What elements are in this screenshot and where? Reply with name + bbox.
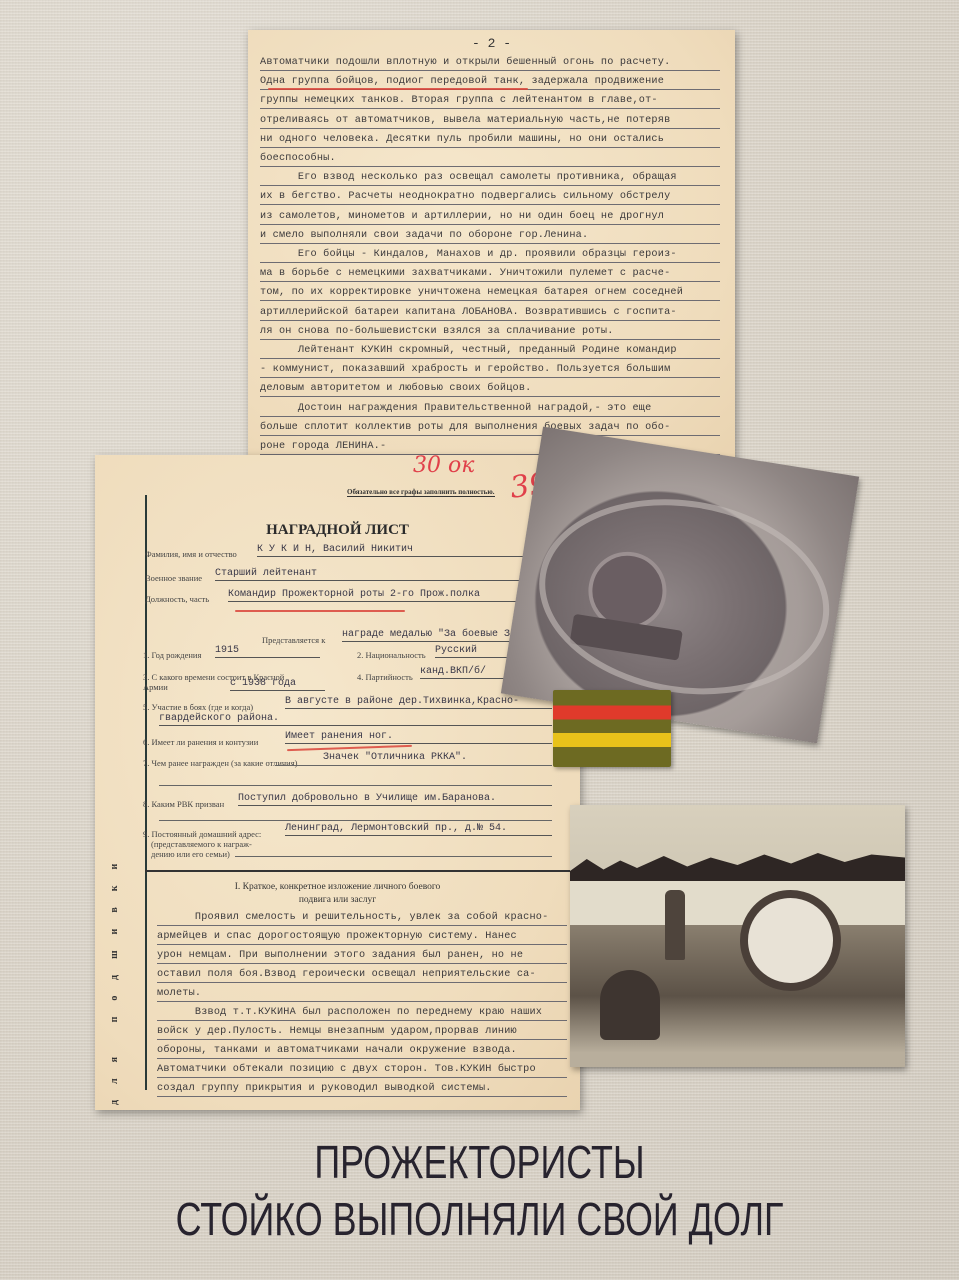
- page2-line: отреливаясь от автоматчиков, вывела мате…: [260, 114, 720, 129]
- instruction-text: Обязательно все графы заполнить полность…: [347, 488, 495, 497]
- searchlight-winter-photo: [570, 805, 905, 1067]
- address-value: Ленинград, Лермонтовский пр., д.№ 54.: [285, 822, 552, 836]
- page2-line: из самолетов, минометов и артиллерии, но…: [260, 210, 720, 225]
- handwritten-note: 30 ок: [413, 453, 474, 478]
- section-subtitle: подвига или заслуг: [95, 895, 580, 905]
- page2-line: деловым авторитетом и любовью своих бойц…: [260, 382, 720, 397]
- page2-line: Автоматчики подошли вплотную и открыли б…: [260, 56, 720, 71]
- narrative-line: урон немцам. При выполнении этого задани…: [157, 949, 567, 964]
- narrative-line: обороны, танками и автоматчиками начали …: [157, 1044, 567, 1059]
- red-underline: [235, 610, 405, 612]
- award-sheet: 30 ок 391 Обязательно все графы заполнит…: [95, 455, 580, 1110]
- soldier-kneeling: [600, 970, 660, 1040]
- position-value: Командир Прожекторной роты 2-го Прож.пол…: [228, 588, 552, 602]
- battles-label: 5. Участие в боях (где и когда): [143, 702, 253, 712]
- position-label: Должность, часть: [145, 594, 209, 604]
- narrative-line: Взвод т.т.КУКИНА был расположен по перед…: [157, 1006, 567, 1021]
- page2-line: группы немецких танков. Вторая группа с …: [260, 94, 720, 109]
- rank-label: Военное звание: [145, 573, 202, 583]
- full-name-label: Фамилия, имя и отчество: [145, 549, 237, 559]
- page2-line: и смело выполняли свои задачи по обороне…: [260, 229, 720, 244]
- narrative-line: армейцев и спас дорогостоящую прожекторн…: [157, 930, 567, 945]
- page2-line: ма в борьбе с немецкими захватчиками. Ун…: [260, 267, 720, 282]
- page2-line: их в бегство. Расчеты неоднократно подве…: [260, 190, 720, 205]
- wounds-label: 6. Имеет ли ранения и контузии: [143, 737, 258, 747]
- narrative-line: Автоматчики обтекали позицию с двух стор…: [157, 1063, 567, 1078]
- address-label-3: дению или его семьи): [151, 849, 230, 859]
- page2-line: Его взвод несколько раз освещал самолеты…: [260, 171, 720, 186]
- service-since-value: с 1938 года: [230, 677, 325, 691]
- page2-line: ля он снова по-большевистски взялся за с…: [260, 325, 720, 340]
- narrative-line: войск у дер.Пулость. Немцы внезапным уда…: [157, 1025, 567, 1040]
- page2-line: Достоин награждения Правительственной на…: [260, 402, 720, 417]
- narrative-line: Проявил смелость и решительность, увлек …: [157, 911, 567, 926]
- wound-stripes-ribbon: [553, 690, 671, 767]
- prior-awards-value: Значек "Отличника РККА".: [323, 751, 552, 764]
- address-label-2: (представляемого к награж-: [151, 839, 252, 849]
- red-underline: [268, 88, 528, 90]
- rank-value: Старший лейтенант: [215, 567, 552, 581]
- page2-line: Лейтенант КУКИН скромный, честный, преда…: [260, 344, 720, 359]
- page2-line: Его бойцы - Киндалов, Манахов и др. проя…: [260, 248, 720, 263]
- party-label: 4. Партийность: [357, 672, 413, 682]
- soldier-standing: [665, 890, 685, 960]
- draft-office-value: Поступил добровольно в Училище им.Барано…: [238, 792, 552, 806]
- battles-value: В августе в районе дер.Тихвинка,Красно-: [285, 695, 552, 709]
- document-page-2: - 2 - Автоматчики подошли вплотную и отк…: [248, 30, 735, 465]
- page2-line: боеспособны.: [260, 152, 720, 167]
- birth-year-value: 1915: [215, 644, 320, 658]
- page2-line: больше сплотит коллектив роты для выполн…: [260, 421, 720, 436]
- page2-line: - коммунист, показавший храбрость и геро…: [260, 363, 720, 378]
- headline-line-1: ПРОЖЕКТОРИСТЫ: [105, 1135, 853, 1189]
- battles-value-2: гвардейского района.: [159, 712, 552, 726]
- address-label: 9. Постоянный домашний адрес:: [143, 829, 261, 839]
- page2-line: артиллерийской батареи капитана ЛОБАНОВА…: [260, 306, 720, 321]
- nationality-label: 2. Национальность: [357, 650, 426, 660]
- prior-awards-label: 7. Чем ранее награжден (за какие отличия…: [143, 758, 297, 768]
- margin-line: [145, 495, 147, 1090]
- page2-line: ни одного человека. Десятки пуль пробили…: [260, 133, 720, 148]
- draft-office-label: 8. Каким РВК призван: [143, 799, 224, 809]
- narrative-line: молеты.: [157, 987, 567, 1002]
- section-title: I. Краткое, конкретное изложение личного…: [95, 882, 580, 892]
- full-name-value: К У К И Н, Василий Никитич: [257, 543, 552, 557]
- wounds-value: Имеет ранения ног.: [285, 730, 552, 744]
- birth-year-label: 1. Год рождения: [143, 650, 201, 660]
- page-number: - 2 -: [248, 36, 735, 51]
- narrative-line: оставил поля боя.Взвод героически освеща…: [157, 968, 567, 983]
- headline-line-2: СТОЙКО ВЫПОЛНЯЛИ СВОЙ ДОЛГ: [105, 1192, 853, 1246]
- sheet-title: НАГРАДНОЙ ЛИСТ: [95, 522, 580, 539]
- page2-line: том, по их корректировке уничтожена неме…: [260, 286, 720, 301]
- narrative-line: создал группу прикрытия и руководил выво…: [157, 1082, 567, 1097]
